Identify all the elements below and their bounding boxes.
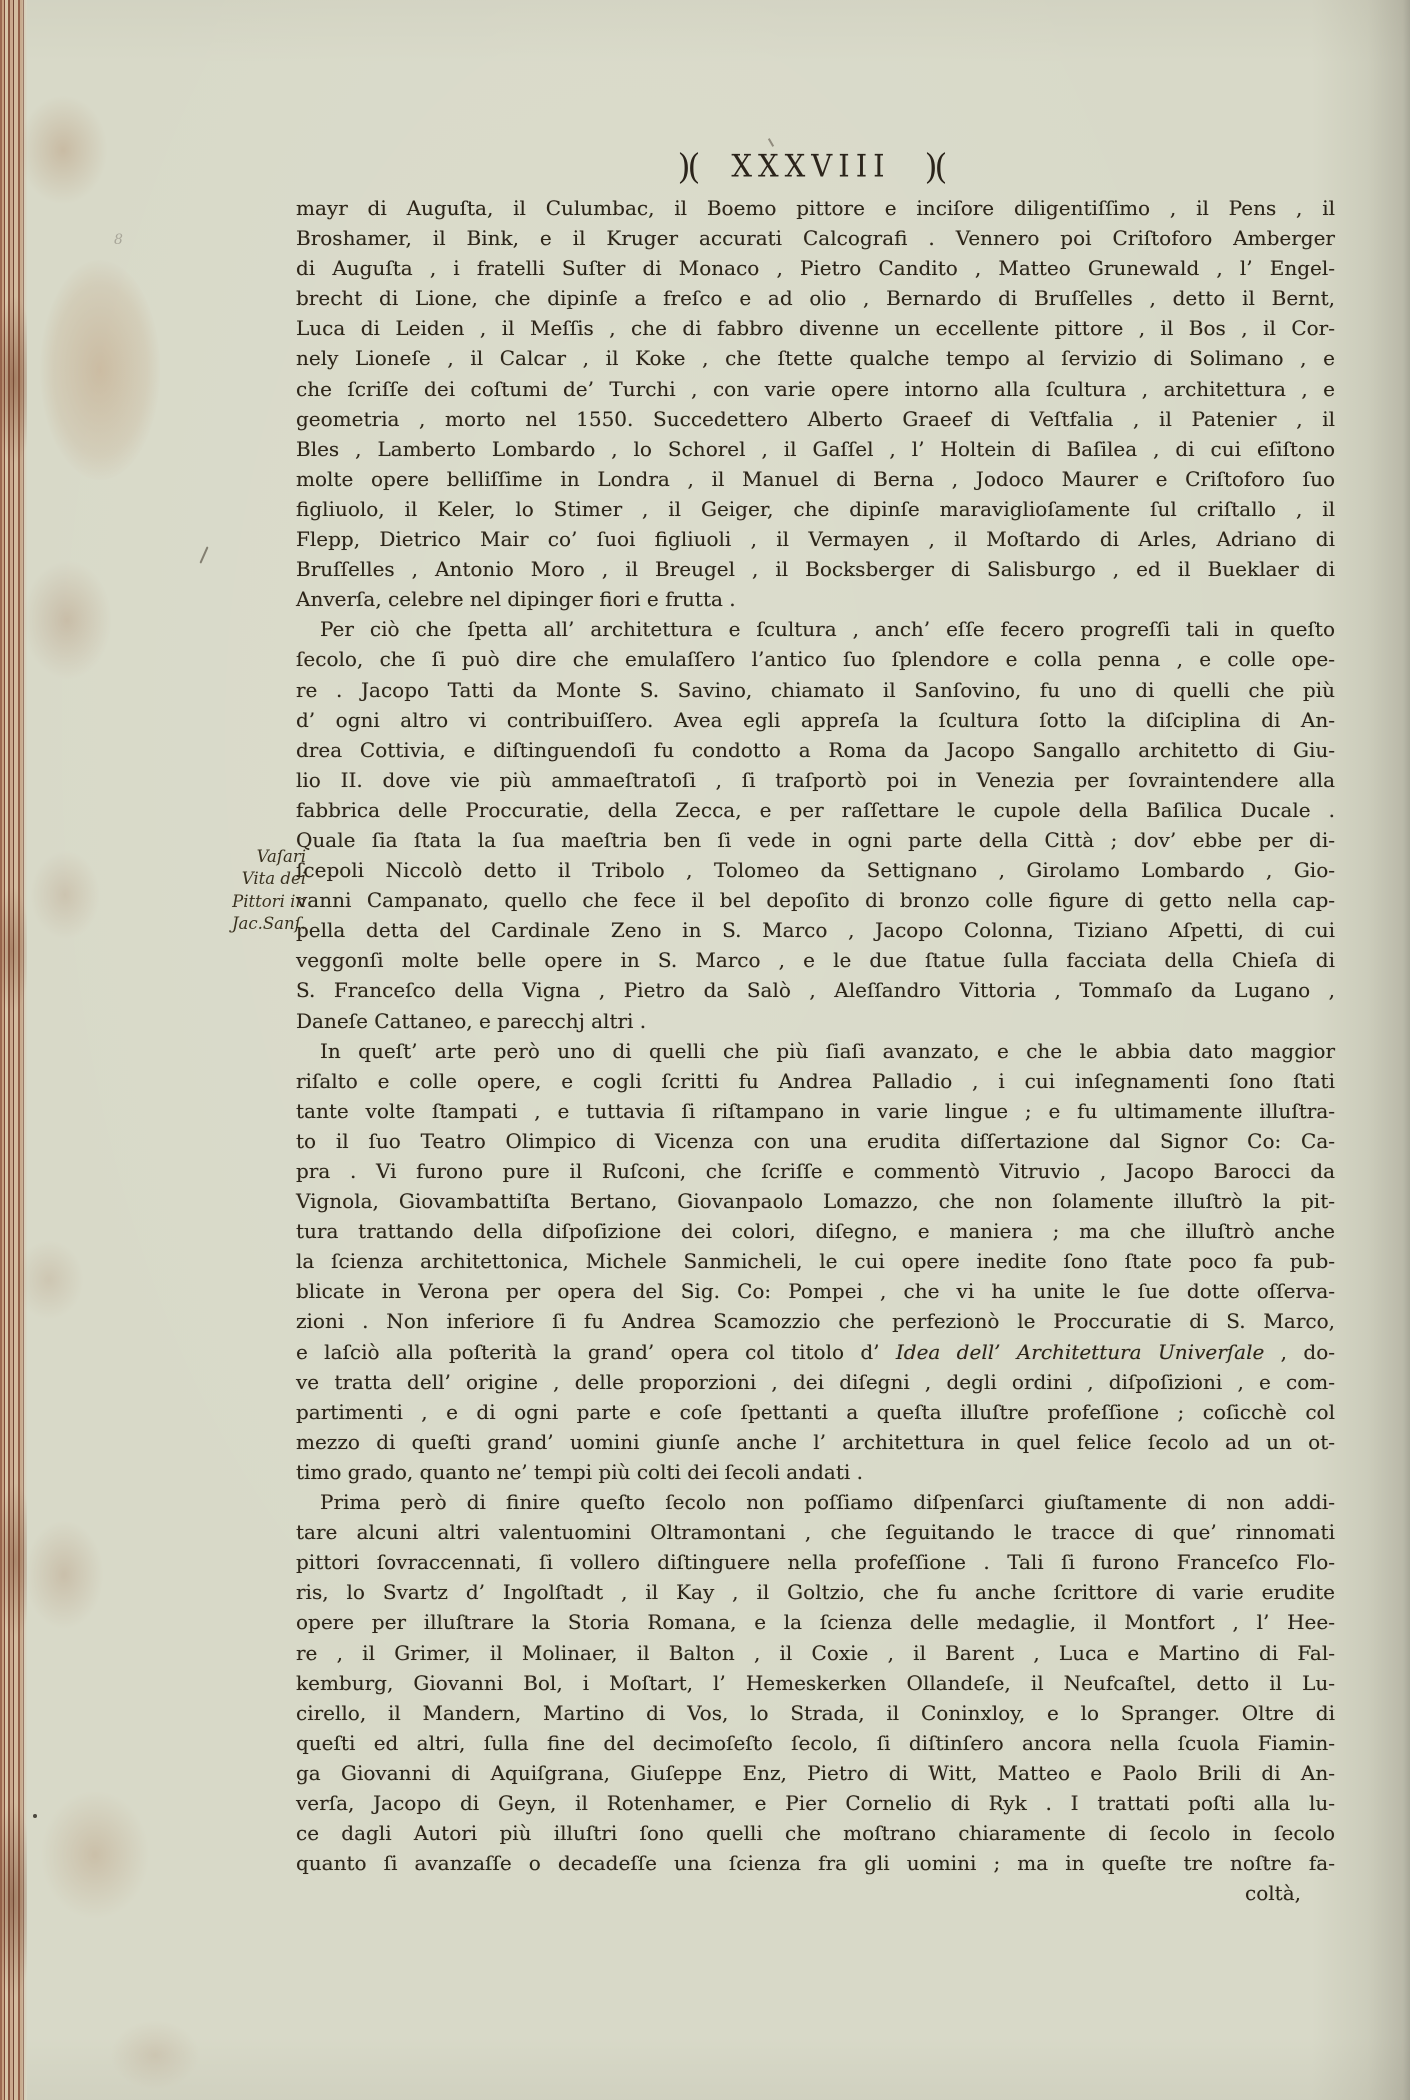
text-line: pittori ſovraccennati, ſi vollero diſtin… bbox=[296, 1547, 1335, 1577]
text-line: to il ſuo Teatro Olimpico di Vicenza con… bbox=[296, 1126, 1335, 1156]
book-gutter-edge bbox=[0, 0, 27, 2100]
text-segment: e laſciò alla poſterità la grand’ opera … bbox=[296, 1340, 896, 1364]
text-line: ris, lo Svartz d’ Ingolſtadt , il Kay , … bbox=[296, 1577, 1335, 1607]
text-line: e laſciò alla poſterità la grand’ opera … bbox=[296, 1337, 1335, 1367]
text-line: pra . Vi furono pure il Ruſconi, che ſcr… bbox=[296, 1156, 1335, 1186]
text-line: cirello, il Mandern, Martino di Vos, lo … bbox=[296, 1698, 1335, 1728]
margin-note-line: Vita dei bbox=[162, 868, 306, 890]
foxing-stain bbox=[30, 850, 100, 940]
text-line: Bles , Lamberto Lombardo , lo Schorel , … bbox=[296, 434, 1335, 464]
text-line: Prima però di finire queſto ſecolo non p… bbox=[296, 1487, 1335, 1517]
foxing-stain bbox=[24, 1520, 104, 1630]
text-line: geometria , morto nel 1550. Succedettero… bbox=[296, 404, 1335, 434]
text-line: di Auguſta , i fratelli Suſter di Monaco… bbox=[296, 253, 1335, 283]
text-line: tare alcuni altri valentuomini Oltramont… bbox=[296, 1517, 1335, 1547]
text-line: re . Jacopo Tatti da Monte S. Savino, ch… bbox=[296, 675, 1335, 705]
text-line: Bruſſelles , Antonio Moro , il Breugel ,… bbox=[296, 554, 1335, 584]
text-line: verſa, Jacopo di Geyn, il Rotenhamer, e … bbox=[296, 1788, 1335, 1818]
text-line: tura trattando della diſpoſizione dei co… bbox=[296, 1216, 1335, 1246]
pencil-mark-numeral: 8 bbox=[114, 232, 123, 248]
text-line: lio II. dove vie più ammaeſtratoſi , ſi … bbox=[296, 765, 1335, 795]
text-line: zioni . Non inferiore ſi fu Andrea Scamo… bbox=[296, 1306, 1335, 1336]
foxing-stain bbox=[40, 1790, 150, 1920]
text-line: d’ ogni altro vi contribuiſſero. Avea eg… bbox=[296, 705, 1335, 735]
text-line: fabbrica delle Proccuratie, della Zecca,… bbox=[296, 795, 1335, 825]
header-ornament-right: )( bbox=[925, 146, 945, 187]
text-line: nely Lioneſe , il Calcar , il Koke , che… bbox=[296, 343, 1335, 373]
foxing-stain bbox=[40, 260, 160, 480]
text-line: ve tratta dell’ origine , delle proporzi… bbox=[296, 1367, 1335, 1397]
text-line: blicate in Verona per opera del Sig. Co:… bbox=[296, 1276, 1335, 1306]
margin-note-line: Jac.Sanſ. bbox=[162, 913, 306, 935]
text-line: pella detta del Cardinale Zeno in S. Mar… bbox=[296, 915, 1335, 945]
text-segment: , do- bbox=[1264, 1340, 1335, 1364]
text-line: partimenti , e di ogni parte e coſe ſpet… bbox=[296, 1397, 1335, 1427]
text-line: Luca di Leiden , il Meſſis , che di fabb… bbox=[296, 313, 1335, 343]
text-line: la ſcienza architettonica, Michele Sanmi… bbox=[296, 1246, 1335, 1276]
text-line: vanni Campanato, quello che fece il bel … bbox=[296, 885, 1335, 915]
page-number: XXXVIII bbox=[731, 148, 890, 184]
text-line: In queſt’ arte però uno di quelli che pi… bbox=[296, 1036, 1335, 1066]
margin-note-line: Vaſari bbox=[162, 846, 306, 868]
foxing-stain bbox=[18, 95, 108, 205]
text-line: quanto ſi avanzaſſe o decadeſſe una ſcie… bbox=[296, 1848, 1335, 1878]
text-line: Quale ſia ſtata la ſua maeſtria ben ſi v… bbox=[296, 825, 1335, 855]
foxing-stain bbox=[22, 560, 112, 680]
text-line: tante volte ſtampati , e tuttavia ſi riſ… bbox=[296, 1096, 1335, 1126]
catchword: coltà, bbox=[296, 1878, 1335, 1908]
margin-citation-note: VaſariVita deiPittori inJac.Sanſ. bbox=[162, 846, 306, 935]
scanned-book-page: )( XXXVIII )( VaſariVita deiPittori inJa… bbox=[0, 0, 1410, 2100]
stray-ink-mark bbox=[199, 546, 208, 563]
text-line: Daneſe Cattaneo, e parecchj altri . bbox=[296, 1006, 1335, 1036]
text-line: drea Cottivia, e diſtinguendoſi fu condo… bbox=[296, 735, 1335, 765]
text-line: S. Franceſco della Vigna , Pietro da Sal… bbox=[296, 975, 1335, 1005]
text-line: Flepp, Dietrico Mair co’ ſuoi figliuoli … bbox=[296, 524, 1335, 554]
text-line: timo grado, quanto ne’ tempi più colti d… bbox=[296, 1457, 1335, 1487]
text-line: queſti ed altri, ſulla fine del decimoſe… bbox=[296, 1728, 1335, 1758]
text-line: ſcepoli Niccolò detto il Tribolo , Tolom… bbox=[296, 855, 1335, 885]
body-text: mayr di Auguſta, il Culumbac, il Boemo p… bbox=[296, 193, 1335, 1908]
text-line: Per ciò che ſpetta all’ architettura e ſ… bbox=[296, 614, 1335, 644]
text-line: molte opere belliſſime in Londra , il Ma… bbox=[296, 464, 1335, 494]
book-title-italic: Idea dell’ Architettura Univerſale bbox=[896, 1340, 1264, 1364]
page-number-header: )( XXXVIII )( bbox=[296, 144, 1326, 188]
text-line: ſecolo, che ſi può dire che emulaſſero l… bbox=[296, 644, 1335, 674]
text-line: mayr di Auguſta, il Culumbac, il Boemo p… bbox=[296, 193, 1335, 223]
text-line: ga Giovanni di Aquiſgrana, Giuſeppe Enz,… bbox=[296, 1758, 1335, 1788]
text-line: brecht di Lione, che dipinſe a freſco e … bbox=[296, 283, 1335, 313]
text-line: che ſcriſſe dei coſtumi de’ Turchi , con… bbox=[296, 374, 1335, 404]
text-line: opere per illuſtrare la Storia Romana, e… bbox=[296, 1607, 1335, 1637]
margin-note-line: Pittori in bbox=[162, 891, 306, 913]
text-line: figliuolo, il Keler, lo Stimer , il Geig… bbox=[296, 494, 1335, 524]
ink-speck bbox=[33, 1814, 37, 1818]
text-line: mezzo di queſti grand’ uomini giunſe anc… bbox=[296, 1427, 1335, 1457]
text-line: ce dagli Autori più illuſtri ſono quelli… bbox=[296, 1818, 1335, 1848]
text-line: kemburg, Giovanni Bol, i Moſtart, l’ Hem… bbox=[296, 1668, 1335, 1698]
text-line: veggonſi molte belle opere in S. Marco ,… bbox=[296, 945, 1335, 975]
text-line: Vignola, Giovambattiſta Bertano, Giovanp… bbox=[296, 1186, 1335, 1216]
text-line: Anverſa, celebre nel dipinger fiori e fr… bbox=[296, 584, 1335, 614]
text-line: Broshamer, il Bink, e il Kruger accurati… bbox=[296, 223, 1335, 253]
text-line: re , il Grimer, il Molinaer, il Balton ,… bbox=[296, 1638, 1335, 1668]
foxing-stain bbox=[110, 2020, 200, 2090]
header-ornament-left: )( bbox=[678, 146, 698, 187]
text-line: riſalto e colle opere, e cogli ſcritti f… bbox=[296, 1066, 1335, 1096]
